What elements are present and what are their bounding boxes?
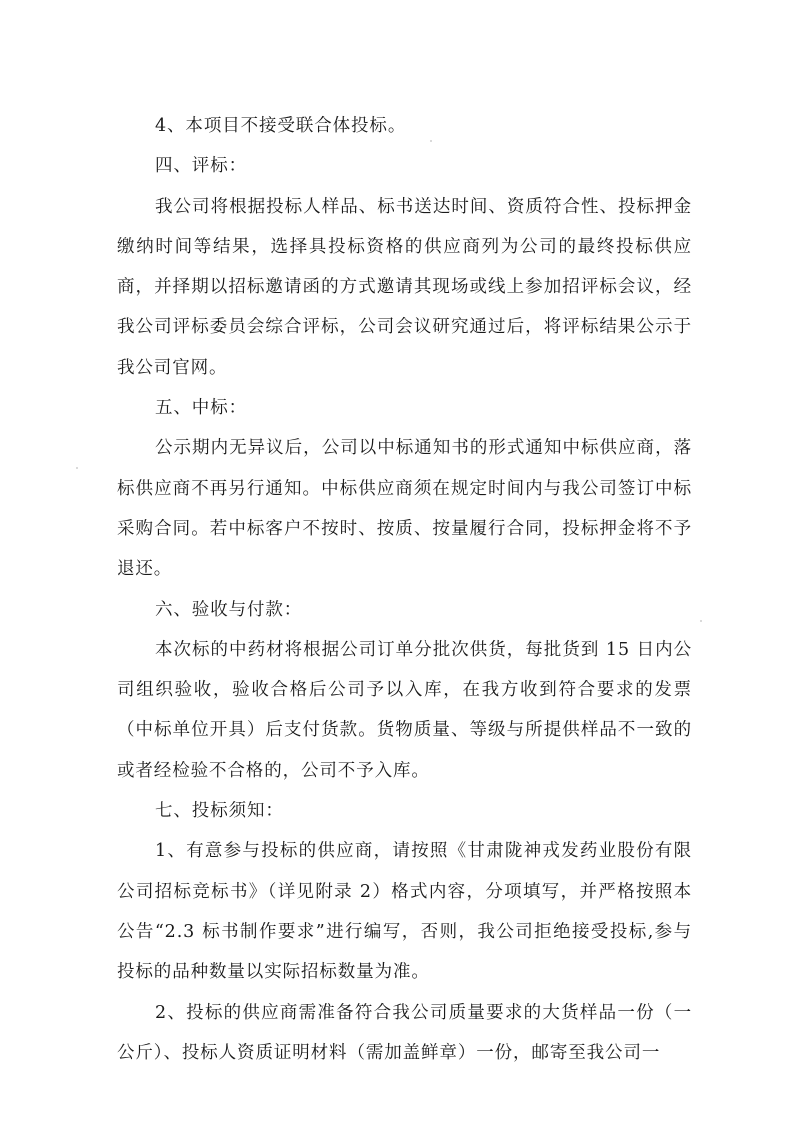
paragraph-bidding-notice-1: 1、有意参与投标的供应商，请按照《甘肃陇神戎发药业股份有限公司招标竞标书》（详见…: [117, 831, 692, 992]
scan-speck: [700, 620, 702, 622]
section-heading-award: 五、中标：: [117, 388, 692, 428]
paragraph-bidding-notice-2: 2、投标的供应商需准备符合我公司质量要求的大货样品一份（一公斤）、投标人资质证明…: [117, 993, 692, 1074]
scan-speck: [76, 467, 78, 469]
section-heading-bidding-notice: 七、投标须知：: [117, 791, 692, 831]
item-no-consortium: 4、本项目不接受联合体投标。: [117, 106, 692, 146]
paragraph-evaluation: 我公司将根据投标人样品、标书送达时间、资质符合性、投标押金缴纳时间等结果，选择具…: [117, 187, 692, 388]
document-page: 4、本项目不接受联合体投标。 四、评标： 我公司将根据投标人样品、标书送达时间、…: [117, 106, 692, 1073]
scan-speck: [430, 140, 432, 142]
paragraph-award: 公示期内无异议后，公司以中标通知书的形式通知中标供应商，落标供应商不再另行通知。…: [117, 428, 692, 589]
paragraph-acceptance-payment: 本次标的中药材将根据公司订单分批次供货，每批货到 15 日内公司组织验收，验收合…: [117, 630, 692, 791]
section-heading-evaluation: 四、评标：: [117, 146, 692, 186]
section-heading-acceptance-payment: 六、验收与付款：: [117, 590, 692, 630]
